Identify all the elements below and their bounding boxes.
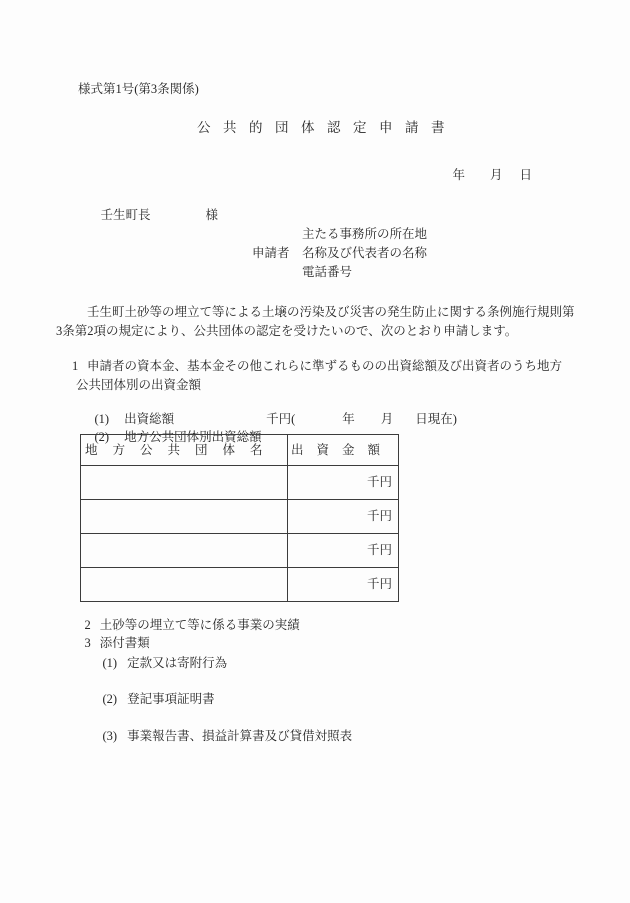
intro-paragraph-line-1: 壬生町土砂等の埋立て等による土壌の汚染及び災害の発生防止に関する条例施行規則第 <box>87 305 575 320</box>
attachment-item-3-text: 事業報告書、損益計算書及び貸借対照表 <box>127 729 352 743</box>
amount-unit: 千円 <box>288 500 398 533</box>
addressee-line: 壬生町長様 <box>88 193 218 238</box>
table-row: 千円 <box>81 465 398 499</box>
document-page: 様式第1号(第3条関係) 公共的団体認定申請書 年月日 壬生町長様 申請者 主た… <box>0 0 630 903</box>
municipality-name-cell <box>81 568 288 601</box>
table-row: 千円 <box>81 533 398 567</box>
addressee-honorific: 様 <box>206 208 219 222</box>
table-header-row: 地方公共団体名 出資金額 <box>81 435 398 465</box>
addressee-name: 壬生町長 <box>101 208 151 222</box>
subitem-1-1-unit: 千円( <box>266 412 295 426</box>
col2-header: 出資金額 <box>288 435 398 465</box>
attachment-item-3-number: (3) <box>103 729 118 743</box>
amount-unit: 千円 <box>288 568 398 601</box>
municipality-name-cell <box>81 534 288 567</box>
date-line: 年月日 <box>440 153 532 198</box>
applicant-name-label: 名称及び代表者の名称 <box>302 246 427 261</box>
document-title: 公共的団体認定申請書 <box>197 120 457 136</box>
table-row: 千円 <box>81 567 398 601</box>
intro-paragraph-line-2: 3条第2項の規定により、公共団体の認定を受けたいので、次のとおり申請します。 <box>56 324 517 339</box>
year-label: 年 <box>453 168 466 182</box>
attachment-item-1-text: 定款又は寄附行為 <box>127 656 227 670</box>
item-1-text-line-2: 公共団体別の出資金額 <box>76 378 201 393</box>
item-1-text-line-1: 申請者の資本金、基本金その他これらに準ずるものの出資総額及び出資者のうち地方 <box>87 359 562 374</box>
attachment-item-1-number: (1) <box>103 656 118 670</box>
form-number: 様式第1号(第3条関係) <box>78 82 199 97</box>
applicant-label: 申請者 <box>252 246 290 261</box>
applicant-phone-label: 電話番号 <box>302 265 352 280</box>
amount-unit: 千円 <box>288 466 398 499</box>
applicant-address-label: 主たる事務所の所在地 <box>302 227 427 242</box>
attachment-item-3: (3)事業報告書、損益計算書及び貸借対照表 <box>90 714 352 759</box>
attachment-item-2-text: 登記事項証明書 <box>127 692 215 706</box>
subitem-1-1-month: 月 <box>381 412 394 426</box>
col1-header: 地方公共団体名 <box>81 435 288 465</box>
item-1-number: 1 <box>72 359 78 374</box>
month-label: 月 <box>490 168 503 182</box>
municipality-name-cell <box>81 466 288 499</box>
subitem-1-1-year: 年 <box>342 412 355 426</box>
contribution-table: 地方公共団体名 出資金額 千円 千円 千円 千円 <box>80 434 399 602</box>
municipality-name-cell <box>81 500 288 533</box>
subitem-1-1-day: 日現在) <box>415 412 457 426</box>
amount-unit: 千円 <box>288 534 398 567</box>
attachment-item-2-number: (2) <box>103 692 118 706</box>
day-label: 日 <box>520 168 533 182</box>
table-row: 千円 <box>81 499 398 533</box>
